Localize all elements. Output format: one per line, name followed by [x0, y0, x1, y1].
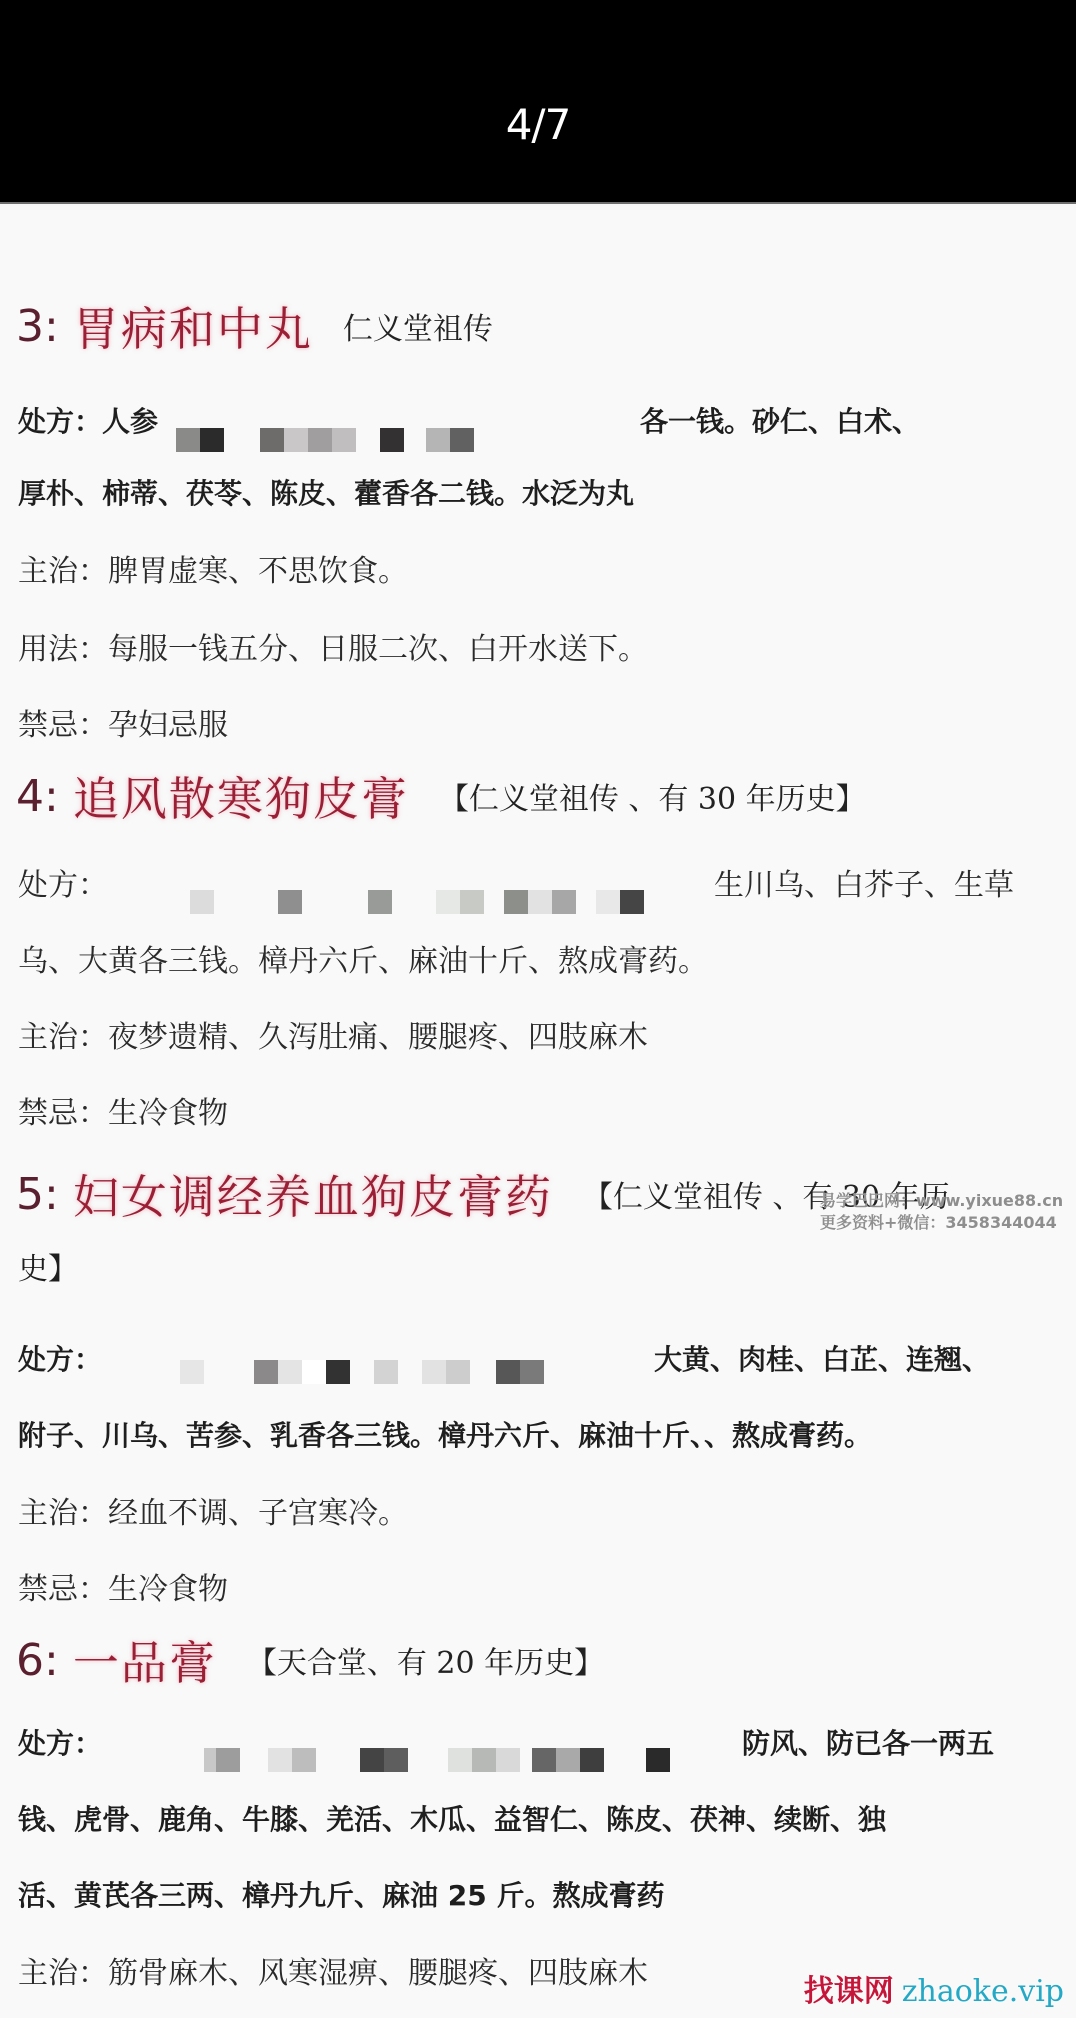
- prescription-line-cont: 大黄、肉桂、白芷、连翘、: [654, 1340, 990, 1380]
- redacted-block: [190, 890, 644, 914]
- line-text: 夜梦遗精、久泻肚痛、腰腿疼、四肢麻木: [108, 1020, 648, 1055]
- line-label: 处方：: [18, 1343, 102, 1376]
- line-text: 人参: [102, 405, 158, 438]
- prescription-line: 钱、虎骨、鹿角、牛膝、羌活、木瓜、益智仁、陈皮、茯神、续断、独: [18, 1800, 886, 1840]
- line-label: 禁忌：: [18, 708, 108, 743]
- section-number: 4:: [16, 771, 59, 822]
- line-label: 主治：: [18, 1496, 108, 1531]
- line-text: 脾胃虚寒、不思饮食。: [108, 554, 408, 589]
- indication-line: 主治：夜梦遗精、久泻肚痛、腰腿疼、四肢麻木: [18, 1018, 648, 1058]
- watermark-site: 易学巴巴网：www.yixue88.cn 更多资料+微信：3458344044: [820, 1190, 1063, 1234]
- section-number: 5:: [16, 1169, 59, 1220]
- document-page[interactable]: 3: 胃病和中丸 仁义堂祖传 处方：人参 各一钱。砂仁、白术、 厚朴、柿蒂、茯苓…: [0, 206, 1076, 2018]
- prescription-line-cont: 生川乌、白芥子、生草: [714, 866, 1014, 906]
- indication-line: 主治：脾胃虚寒、不思饮食。: [18, 552, 408, 592]
- section-heading-4: 4: 追风散寒狗皮膏 【仁义堂祖传 、有 30 年历史】: [16, 766, 866, 826]
- prescription-line: 活、黄芪各三两、樟丹九斤、麻油 25 斤。熬成膏药: [18, 1876, 664, 1916]
- line-label: 主治：: [18, 1956, 108, 1991]
- section-source-cont: 史】: [18, 1250, 78, 1290]
- prescription-line: 处方：人参: [18, 402, 158, 442]
- prescription-line: 厚朴、柿蒂、茯苓、陈皮、藿香各二钱。水泛为丸: [18, 474, 634, 514]
- image-viewer-topbar: 4/7: [0, 0, 1076, 204]
- line-text: 每服一钱五分、日服二次、白开水送下。: [108, 632, 648, 667]
- section-number: 3:: [16, 301, 59, 352]
- section-heading-6: 6: 一品膏 【天合堂、有 20 年历史】: [16, 1630, 604, 1690]
- prescription-line: 处方：: [18, 1724, 102, 1764]
- prescription-line: 处方：: [18, 866, 108, 906]
- section-source: 【天合堂、有 20 年历史】: [247, 1638, 604, 1682]
- contraindication-line: 禁忌：孕妇忌服: [18, 706, 228, 746]
- line-text: 生冷食物: [108, 1096, 228, 1131]
- indication-line: 主治：经血不调、子宫寒冷。: [18, 1494, 408, 1534]
- prescription-line-cont: 防风、防已各一两五: [742, 1724, 994, 1764]
- redacted-block: [176, 428, 474, 452]
- prescription-line: 乌、大黄各三钱。樟丹六斤、麻油十斤、熬成膏药。: [18, 942, 708, 982]
- line-text: 生冷食物: [108, 1572, 228, 1607]
- indication-line: 主治：筋骨麻木、风寒湿痹、腰腿疼、四肢麻木: [18, 1954, 648, 1994]
- watermark-site-line: 易学巴巴网：www.yixue88.cn: [820, 1190, 1063, 1212]
- prescription-line: 附子、川乌、苦参、乳香各三钱。樟丹六斤、麻油十斤、、熬成膏药。: [18, 1416, 872, 1456]
- brand-en: zhaoke.vip: [902, 1974, 1064, 2009]
- section-number: 6:: [16, 1635, 59, 1686]
- line-text: 筋骨麻木、风寒湿痹、腰腿疼、四肢麻木: [108, 1956, 648, 1991]
- contraindication-line: 禁忌：生冷食物: [18, 1094, 228, 1134]
- section-heading-3: 3: 胃病和中丸 仁义堂祖传: [16, 296, 493, 356]
- watermark-brand: 找课网zhaoke.vip: [804, 1966, 1064, 2010]
- section-heading-5: 5: 妇女调经养血狗皮膏药 【仁义堂祖传 、有 30 年历: [16, 1164, 950, 1224]
- section-title: 追风散寒狗皮膏: [73, 763, 409, 829]
- line-label: 禁忌：: [18, 1572, 108, 1607]
- section-title: 一品膏: [73, 1627, 217, 1693]
- section-title: 胃病和中丸: [73, 293, 313, 359]
- brand-cn: 找课网: [804, 1974, 894, 2009]
- redacted-block: [204, 1748, 670, 1772]
- section-source: 【仁义堂祖传 、有 30 年历史】: [439, 774, 866, 818]
- page-counter: 4/7: [0, 100, 1076, 149]
- usage-line: 用法：每服一钱五分、日服二次、白开水送下。: [18, 630, 648, 670]
- line-label: 处方：: [18, 1727, 102, 1760]
- redacted-block: [180, 1360, 544, 1384]
- line-text: 孕妇忌服: [108, 708, 228, 743]
- section-title: 妇女调经养血狗皮膏药: [73, 1161, 553, 1227]
- line-label: 主治：: [18, 554, 108, 589]
- prescription-line-cont: 各一钱。砂仁、白术、: [640, 402, 920, 442]
- line-label: 主治：: [18, 1020, 108, 1055]
- contraindication-line: 禁忌：生冷食物: [18, 1570, 228, 1610]
- line-label: 用法：: [18, 632, 108, 667]
- line-label: 处方：: [18, 868, 108, 903]
- watermark-contact-line: 更多资料+微信：3458344044: [820, 1212, 1063, 1234]
- section-source: 仁义堂祖传: [343, 304, 493, 348]
- line-text: 经血不调、子宫寒冷。: [108, 1496, 408, 1531]
- prescription-line: 处方：: [18, 1340, 102, 1380]
- line-label: 处方：: [18, 405, 102, 438]
- line-label: 禁忌：: [18, 1096, 108, 1131]
